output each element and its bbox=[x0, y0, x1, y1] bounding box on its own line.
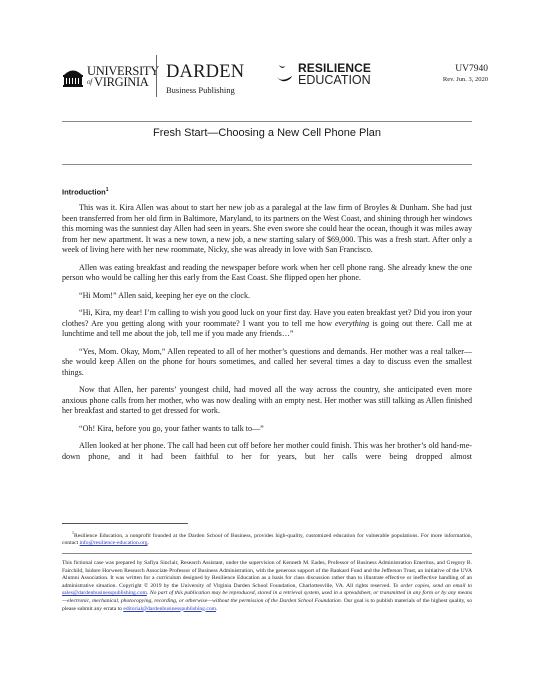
emphasis: everything bbox=[335, 319, 369, 328]
section-heading: Introduction1 bbox=[62, 187, 109, 197]
page-title: Fresh Start—Choosing a New Cell Phone Pl… bbox=[62, 127, 472, 139]
uva-line2: ofVIRGINIA bbox=[87, 77, 159, 88]
footnote-separator bbox=[62, 523, 188, 524]
paragraph: “Yes, Mom. Okay, Mom,” Allen repeated to… bbox=[62, 347, 472, 379]
birds-icon bbox=[276, 61, 296, 87]
uva-logo: UNIVERSITY ofVIRGINIA bbox=[62, 66, 159, 89]
title-rule-top bbox=[62, 121, 472, 122]
uva-wordmark: UNIVERSITY ofVIRGINIA bbox=[87, 66, 159, 89]
document-header: UNIVERSITY ofVIRGINIA DARDEN Business Pu… bbox=[0, 0, 533, 110]
uva-virginia: VIRGINIA bbox=[94, 75, 149, 89]
info-email-link[interactable]: info@resilience-education.org bbox=[80, 540, 148, 546]
logo-divider bbox=[156, 55, 157, 97]
paragraph: Now that Allen, her parents’ youngest ch… bbox=[62, 385, 472, 417]
resilience-top: RESILIENCE bbox=[298, 62, 371, 74]
footnote: 1Resilience Education, a nonprofit found… bbox=[62, 529, 472, 547]
paragraph: “Hi, Kira, my dear! I’m calling to wish … bbox=[62, 308, 472, 340]
footnote-ref[interactable]: 1 bbox=[106, 187, 109, 193]
darden-logo: DARDEN Business Publishing bbox=[166, 63, 244, 95]
paragraph: This was it. Kira Allen was about to sta… bbox=[62, 203, 472, 256]
body-text: This was it. Kira Allen was about to sta… bbox=[62, 203, 472, 469]
fine-print-rule bbox=[62, 553, 472, 554]
doc-code: UV7940 bbox=[443, 64, 488, 74]
paragraph: Allen looked at her phone. The call had … bbox=[62, 441, 472, 462]
sales-email-link[interactable]: sales@dardenbusinesspublishing.com bbox=[62, 590, 147, 596]
editorial-email-link[interactable]: editorial@dardenbusinesspublishing.com bbox=[123, 606, 216, 612]
darden-name: DARDEN bbox=[166, 63, 244, 82]
resilience-bottom: EDUCATION bbox=[298, 74, 371, 87]
fine-print-end: . bbox=[216, 606, 217, 612]
paragraph: Allen was eating breakfast and reading t… bbox=[62, 263, 472, 284]
section-heading-text: Introduction bbox=[62, 188, 106, 197]
uva-of: of bbox=[87, 79, 92, 85]
document-id: UV7940 Rev. Jun. 3, 2020 bbox=[443, 64, 488, 83]
resilience-wordmark: RESILIENCE EDUCATION bbox=[298, 62, 371, 87]
paragraph: “Hi Mom!” Allen said, keeping her eye on… bbox=[62, 291, 472, 302]
title-rule-bottom bbox=[62, 164, 472, 165]
revision-date: Rev. Jun. 3, 2020 bbox=[443, 76, 488, 83]
darden-subtitle: Business Publishing bbox=[166, 85, 244, 95]
fine-print: This fictional case was prepared by Safi… bbox=[62, 560, 472, 613]
fine-print-italic: To order copies, send an email to bbox=[393, 583, 472, 589]
resilience-logo: RESILIENCE EDUCATION bbox=[276, 61, 371, 87]
paragraph: “Oh! Kira, before you go, your father wa… bbox=[62, 424, 472, 435]
rotunda-icon bbox=[62, 66, 84, 88]
footnote-end: . bbox=[148, 540, 149, 546]
